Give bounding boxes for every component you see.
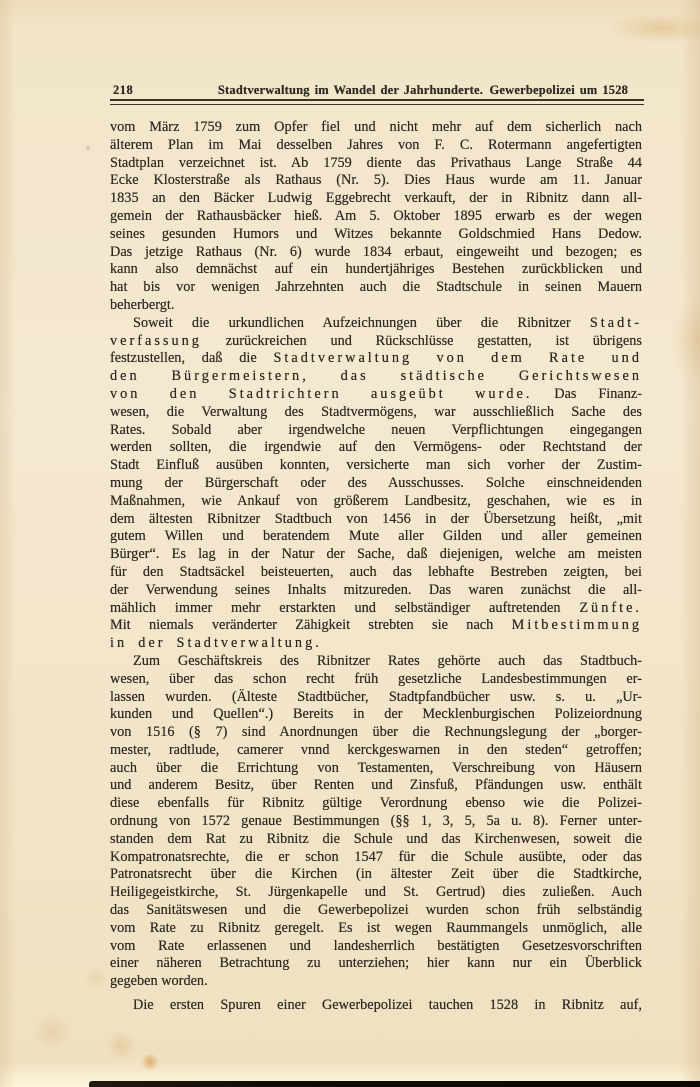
text-segment: festzustellen, daß die [110,350,273,366]
text-line: der Verwendung seines Inhalts mitzureden… [110,582,642,600]
text-line: lassen wurden. (Älteste Stadtbücher, Sta… [110,689,642,707]
text-segment: werden sollten, die irgendwie auf den Ve… [110,439,642,455]
letterspaced-text: Stadt- [590,315,642,331]
text-segment: das Sanitätswesen und die Gewerbepolizei… [110,902,642,918]
text-segment: ordnung von 1572 genaue Bestimmungen (§§… [110,813,642,829]
text-line: gemein der Rathausbäcker hieß. Am 5. Okt… [110,208,642,226]
text-line: gutem Willen und beratendem Mute aller G… [110,528,642,546]
text-line: Stadtplan verzeichnet ist. Ab 1759 dient… [110,155,642,173]
running-title: Stadtverwaltung im Wandel der Jahrhunder… [202,82,644,98]
text-segment: diese ebenfalls für Ribnitz gültige Vero… [110,795,642,811]
text-line: kunden und Quellen“.) Bereits in der Mec… [110,706,642,724]
text-segment: Rates. Sobald aber irgendwelche neuen Ve… [110,422,642,438]
text-segment: wesen, die Verwaltung des Stadtvermögens… [110,404,642,420]
text-block: vom März 1759 zum Opfer fiel und nicht m… [110,119,642,1015]
text-segment: einer näheren Betrachtung zu unterziehen… [110,955,642,971]
text-segment: Heiligegeistkirche, St. Jürgenkapelle un… [110,884,642,900]
text-line: 1835 an den Bäcker Ludwig Eggebrecht ver… [110,190,642,208]
text-segment: vom März 1759 zum Opfer fiel und nicht m… [110,119,642,135]
text-line: mung der Bürgerschaft oder des Ausschuss… [110,475,642,493]
text-segment: gegeben worden. [110,973,208,989]
text-line: Heiligegeistkirche, St. Jürgenkapelle un… [110,884,642,902]
text-line: den Bürgermeistern, das städtische Geric… [110,368,642,386]
text-line: werden sollten, die irgendwie auf den Ve… [110,439,642,457]
text-segment: lassen wurden. (Älteste Stadtbücher, Sta… [110,689,642,705]
text-segment: gutem Willen und beratendem Mute aller G… [110,528,642,544]
letterspaced-text: Stadtverwaltung von dem Rate und [273,350,642,366]
text-segment: Kompatronatsrechte, die er schon 1547 fü… [110,849,642,865]
text-segment: gemein der Rathausbäcker hieß. Am 5. Okt… [110,208,642,224]
header-rule [110,99,644,105]
text-line: gegeben worden. [110,973,642,991]
letterspaced-text: in der Stadtverwaltung. [110,635,322,651]
running-header: 218 Stadtverwaltung im Wandel der Jahrhu… [110,82,644,98]
text-line: Kompatronatsrechte, die er schon 1547 fü… [110,849,642,867]
text-line: Bürger“. Es lag in der Natur der Sache, … [110,546,642,564]
text-line: vom März 1759 zum Opfer fiel und nicht m… [110,119,642,137]
text-segment: seines gesunden Humors und Witzes bekann… [110,226,642,242]
text-segment: und anderem Besitz, über Renten und Zins… [110,777,642,793]
text-line: Maßnahmen, wie Ankauf von größerem Landb… [110,493,642,511]
text-segment: Bürger“. Es lag in der Natur der Sache, … [110,546,642,562]
text-segment: mung der Bürgerschaft oder des Ausschuss… [110,475,642,491]
text-segment: standen dem Rat zu Ribnitz die Schule un… [110,831,642,847]
text-segment: mester, radtlude, camerer vnnd kerckgesw… [110,742,642,758]
text-segment: Die ersten Spuren einer Gewerbepolizei t… [133,997,642,1013]
text-line: Die ersten Spuren einer Gewerbepolizei t… [110,997,642,1015]
text-segment: Zum Geschäftskreis des Ribnitzer Rates g… [133,653,642,669]
text-segment: 1835 an den Bäcker Ludwig Eggebrecht ver… [110,190,642,206]
text-line: dem ältesten Ribnitzer Stadtbuch von 145… [110,511,642,529]
text-line: kann also demnächst auf ein hundertjähri… [110,261,642,279]
text-segment: Soweit die urkundlichen Aufzeichnungen ü… [133,315,590,331]
text-segment: Mit niemals veränderter Zähigkeit strebt… [110,617,512,633]
text-segment: vom Rate erlassenen und landesherrlich b… [110,938,642,954]
text-line: Stadt Einfluß ausüben konnten, versicher… [110,457,642,475]
text-segment: mählich immer mehr erstarkten und selbst… [110,600,579,616]
text-line: Zum Geschäftskreis des Ribnitzer Rates g… [110,653,642,671]
text-segment: für den Stadtsäckel beisteuerten, auch d… [110,564,642,580]
letterspaced-text: Mitbestimmung [512,617,642,633]
text-segment: älterem Plan im Mai desselben Jahres von… [110,137,642,153]
text-line: wesen, über das schon recht früh gesetzl… [110,671,642,689]
text-segment: Patronatsrecht über die Kirchen (in älte… [110,866,642,882]
text-line: Das jetzige Rathaus (Nr. 6) wurde 1834 e… [110,244,642,262]
text-segment: dem ältesten Ribnitzer Stadtbuch von 145… [110,511,642,527]
text-line: vom Rate zu Ribnitz geregelt. Es ist weg… [110,920,642,938]
text-segment: Das Finanz- [532,386,642,402]
text-line: Ecke Klosterstraße als Rathaus (Nr. 5). … [110,172,642,190]
text-line: in der Stadtverwaltung. [110,635,642,653]
text-line: verfassung zurückreichen und Rückschlüss… [110,333,642,351]
text-line: das Sanitätswesen und die Gewerbepolizei… [110,902,642,920]
text-segment: Stadt Einfluß ausüben konnten, versicher… [110,457,642,473]
text-segment: vom Rate zu Ribnitz geregelt. Es ist weg… [110,920,642,936]
text-segment: zurückreichen und Rückschlüsse gestatten… [202,333,642,349]
scan-bottom-edge [89,1081,700,1087]
text-segment: kann also demnächst auf ein hundertjähri… [110,261,642,277]
text-line: von 1516 (§ 7) sind Anordnungen über die… [110,724,642,742]
text-line: für den Stadtsäckel beisteuerten, auch d… [110,564,642,582]
text-line: wesen, die Verwaltung des Stadtvermögens… [110,404,642,422]
text-segment: Stadtplan verzeichnet ist. Ab 1759 dient… [110,155,642,171]
text-segment: der Verwendung seines Inhalts mitzureden… [110,582,642,598]
book-page: 218 Stadtverwaltung im Wandel der Jahrhu… [0,0,700,1087]
text-line: hat bis vor wenigen Jahrzehnten auch die… [110,279,642,297]
text-line: mählich immer mehr erstarkten und selbst… [110,600,642,618]
letterspaced-text: von den Stadtrichtern ausgeübt wurde. [110,386,532,402]
text-line: und anderem Besitz, über Renten und Zins… [110,777,642,795]
letterspaced-text: Zünfte. [579,600,642,616]
text-line: diese ebenfalls für Ribnitz gültige Vero… [110,795,642,813]
text-line: ordnung von 1572 genaue Bestimmungen (§§… [110,813,642,831]
page-number: 218 [113,82,133,98]
text-line: mester, radtlude, camerer vnnd kerckgesw… [110,742,642,760]
text-line: vom Rate erlassenen und landesherrlich b… [110,938,642,956]
text-line: festzustellen, daß die Stadtverwaltung v… [110,350,642,368]
letterspaced-text: den Bürgermeistern, das städtische Geric… [110,368,642,384]
text-segment: hat bis vor wenigen Jahrzehnten auch die… [110,279,642,295]
text-line: einer näheren Betrachtung zu unterziehen… [110,955,642,973]
text-line: Patronatsrecht über die Kirchen (in älte… [110,866,642,884]
text-segment: wesen, über das schon recht früh gesetzl… [110,671,642,687]
text-line: seines gesunden Humors und Witzes bekann… [110,226,642,244]
text-segment: von 1516 (§ 7) sind Anordnungen über die… [110,724,642,740]
text-segment: Das jetzige Rathaus (Nr. 6) wurde 1834 e… [110,244,642,260]
text-segment: Ecke Klosterstraße als Rathaus (Nr. 5). … [110,172,642,188]
text-line: von den Stadtrichtern ausgeübt wurde. Da… [110,386,642,404]
letterspaced-text: verfassung [110,333,202,349]
text-segment: beherbergt. [110,297,174,313]
text-line: beherbergt. [110,297,642,315]
text-segment: auch über die Errichtung von Testamenten… [110,760,642,776]
text-line: Soweit die urkundlichen Aufzeichnungen ü… [110,315,642,333]
text-segment: kunden und Quellen“.) Bereits in der Mec… [110,706,642,722]
text-segment: Maßnahmen, wie Ankauf von größerem Landb… [110,493,642,509]
text-line: standen dem Rat zu Ribnitz die Schule un… [110,831,642,849]
text-line: auch über die Errichtung von Testamenten… [110,760,642,778]
text-line: Mit niemals veränderter Zähigkeit strebt… [110,617,642,635]
text-line: älterem Plan im Mai desselben Jahres von… [110,137,642,155]
text-line: Rates. Sobald aber irgendwelche neuen Ve… [110,422,642,440]
